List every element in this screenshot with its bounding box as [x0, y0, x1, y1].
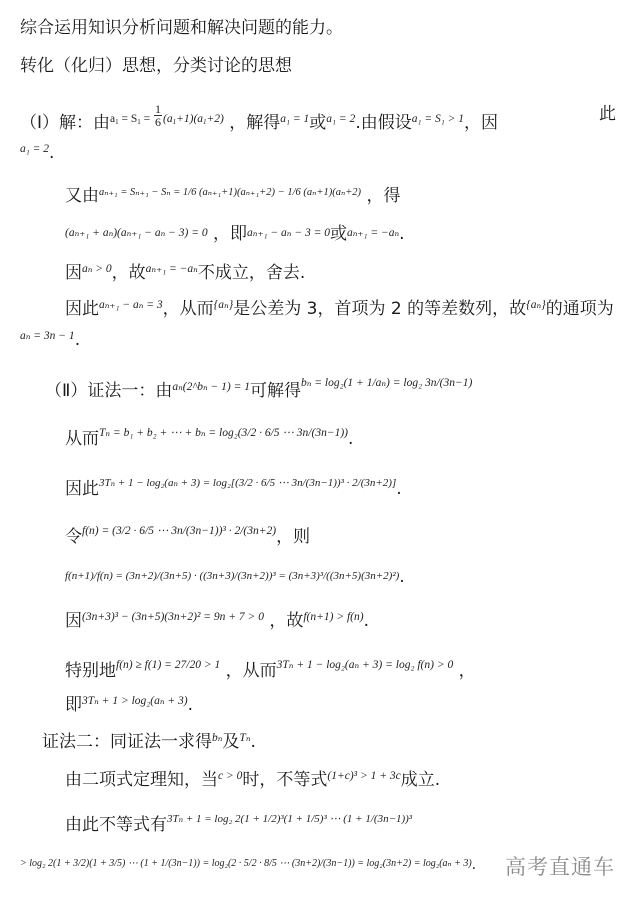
part1-line-4: (aₙ₊₁ + aₙ)(aₙ₊₁ − aₙ − 3) = 0 ，即aₙ₊₁ − …: [65, 222, 405, 245]
part2-line-2: 从而Tₙ = b₁ + b₂ + ⋯ + bₙ = log₂(3/2 · 6/5…: [65, 422, 353, 450]
part1-line-3: 又由aₙ₊₁ = Sₙ₊₁ − Sₙ = 1/6 (aₙ₊₁+1)(aₙ₊₁+2…: [65, 182, 400, 207]
text: 因此: [65, 479, 99, 499]
text: .: [399, 224, 404, 244]
part2-line-5: f(n+1)/f(n) = (3n+2)/(3n+5) · ((3n+3)/(3…: [65, 565, 405, 588]
formula: bₙ = log₂(1 + 1/aₙ) = log₂ 3n/(3n−1): [301, 377, 472, 389]
formula: a₁ = 2: [326, 113, 355, 125]
fraction: 16: [154, 103, 162, 128]
formula: Tₙ: [239, 732, 250, 744]
text: ，即: [213, 224, 247, 244]
part1-line-2: a₁ = 2.: [20, 138, 54, 164]
text: 又由: [65, 186, 99, 206]
part1-line-6: 因此aₙ₊₁ − aₙ = 3，从而{aₙ}是公差为 3，首项为 2 的等差数列…: [65, 294, 614, 320]
text: 由二项式定理知，当: [65, 770, 218, 790]
text: 成立.: [401, 770, 440, 790]
part2-line-1: （Ⅱ）证法一：由aₙ(2^bₙ − 1) = 1可解得bₙ = log₂(1 +…: [45, 372, 472, 402]
formula: aₙ₊₁ = Sₙ₊₁ − Sₙ = 1/6 (aₙ₊₁+1)(aₙ₊₁+2) …: [99, 187, 361, 198]
formula: aₙ₊₁ = −aₙ: [146, 263, 198, 275]
part2-line-11: 由此不等式有3Tₙ + 1 = log₂ 2(1 + 1/2)³(1 + 1/5…: [65, 808, 412, 836]
text: ，解得: [229, 113, 280, 133]
text: 即: [65, 695, 82, 715]
text: 的通项为: [546, 299, 614, 319]
formula: 3Tₙ + 1 = log₂ 2(1 + 1/2)³(1 + 1/5)³ ⋯ (…: [167, 813, 412, 825]
part1-line-1: （Ⅰ）解：由a1 = S1 = 16(a1+1)(a1+2) ，解得a₁ = 1…: [20, 103, 498, 134]
text: 或: [330, 224, 347, 244]
part1-line-1-end: 此: [599, 103, 616, 125]
text: 由此不等式有: [65, 815, 167, 835]
part2-line-6: 因(3n+3)³ − (3n+5)(3n+2)² = 9n + 7 > 0 ，故…: [65, 606, 369, 632]
part2-line-4: 令f(n) = (3/2 · 6/5 ⋯ 3n/(3n−1))³ · 2/(3n…: [65, 520, 310, 548]
text: .: [348, 429, 353, 449]
formula: 3Tₙ + 1 − log₂(aₙ + 3) = log₂ f(n) > 0: [277, 659, 454, 671]
text: （Ⅱ）证法一：由: [45, 381, 172, 401]
formula: bₙ: [212, 732, 222, 744]
text: .: [188, 695, 193, 715]
formula: (aₙ₊₁ + aₙ)(aₙ₊₁ − aₙ − 3) = 0: [65, 227, 208, 239]
text: ，得: [366, 186, 400, 206]
formula: 3Tₙ + 1 − log₂(aₙ + 3) = log₂[(3/2 · 6/5…: [99, 477, 396, 489]
text: 及: [222, 732, 239, 752]
text: 令: [65, 527, 82, 547]
formula-a1-s1: a1 = S1 =: [110, 113, 153, 125]
text: .: [399, 567, 404, 587]
text: 是公差为 3，首项为 2 的等差数列，故: [233, 299, 526, 319]
part1-line-5: 因aₙ > 0，故aₙ₊₁ = −aₙ不成立，舍去.: [65, 258, 305, 284]
text: ，故: [269, 611, 303, 631]
text: 不成立，舍去.: [198, 263, 305, 283]
formula: (3n+3)³ − (3n+5)(3n+2)² = 9n + 7 > 0: [82, 611, 264, 623]
text: 特别地: [65, 661, 116, 681]
formula: {aₙ}: [214, 299, 234, 311]
formula: c > 0: [218, 770, 242, 782]
text: ，从而: [163, 299, 214, 319]
text: 时，不等式: [242, 770, 327, 790]
text: 可解得: [250, 381, 301, 401]
formula: aₙ₊₁ − aₙ − 3 = 0: [247, 227, 330, 239]
text: .: [396, 479, 401, 499]
text: .: [75, 330, 80, 350]
formula: a₁ = 1: [280, 113, 309, 125]
formula: f(n+1) > f(n): [303, 611, 363, 623]
text: 因此: [65, 299, 99, 319]
part2-line-3: 因此3Tₙ + 1 − log₂(aₙ + 3) = log₂[(3/2 · 6…: [65, 472, 402, 500]
formula: Tₙ = b₁ + b₂ + ⋯ + bₙ = log₂(3/2 · 6/5 ⋯…: [99, 427, 348, 439]
text: 证法二：同证法一求得: [42, 732, 212, 752]
text: 因: [65, 611, 82, 631]
formula: > log₂ 2(1 + 3/2)(1 + 3/5) ⋯ (1 + 1/(3n−…: [20, 858, 472, 869]
text: 因: [65, 263, 82, 283]
formula: aₙ(2^bₙ − 1) = 1: [172, 381, 250, 393]
part1-line-7: aₙ = 3n − 1.: [20, 325, 80, 351]
part2-line-8: 即3Tₙ + 1 > log₂(aₙ + 3).: [65, 690, 193, 716]
formula: f(n) ≥ f(1) = 27/20 > 1: [116, 659, 220, 671]
formula: aₙ > 0: [82, 263, 112, 275]
intro-line-2: 转化（化归）思想，分类讨论的思想: [20, 55, 292, 77]
text: ，故: [112, 263, 146, 283]
watermark: 高考直通车: [505, 851, 615, 881]
part2-line-7: 特别地f(n) ≥ f(1) = 27/20 > 1 ，从而3Tₙ + 1 − …: [65, 654, 476, 682]
formula: a₁ = S₁ > 1: [412, 113, 464, 125]
text: .由假设: [355, 113, 411, 133]
formula: aₙ₊₁ − aₙ = 3: [99, 299, 163, 311]
formula: a₁ = 2: [20, 143, 49, 155]
text: .: [250, 732, 255, 752]
text: ，则: [276, 527, 310, 547]
text: ，: [459, 661, 476, 681]
text: （Ⅰ）解：由: [20, 113, 110, 133]
intro-line-1: 综合运用知识分析问题和解决问题的能力。: [20, 17, 343, 39]
text: 从而: [65, 429, 99, 449]
formula: 3Tₙ + 1 > log₂(aₙ + 3): [82, 695, 188, 707]
text: ，因: [464, 113, 498, 133]
part2-line-12: > log₂ 2(1 + 3/2)(1 + 3/5) ⋯ (1 + 1/(3n−…: [20, 853, 476, 876]
part2-line-9: 证法二：同证法一求得bₙ及Tₙ.: [42, 727, 256, 753]
formula: {aₙ}: [526, 299, 546, 311]
formula: f(n+1)/f(n) = (3n+2)/(3n+5) · ((3n+3)/(3…: [65, 570, 399, 582]
formula: aₙ = 3n − 1: [20, 330, 75, 342]
text: .: [472, 857, 476, 873]
text: .: [364, 611, 369, 631]
part2-line-10: 由二项式定理知，当c > 0时，不等式(1+c)³ > 1 + 3c成立.: [65, 765, 440, 791]
formula: aₙ₊₁ = −aₙ: [347, 227, 399, 239]
formula: f(n) = (3/2 · 6/5 ⋯ 3n/(3n−1))³ · 2/(3n+…: [82, 525, 276, 537]
text: .: [49, 143, 54, 163]
text: 或: [309, 113, 326, 133]
formula: (1+c)³ > 1 + 3c: [327, 770, 400, 782]
text: ，从而: [226, 661, 277, 681]
